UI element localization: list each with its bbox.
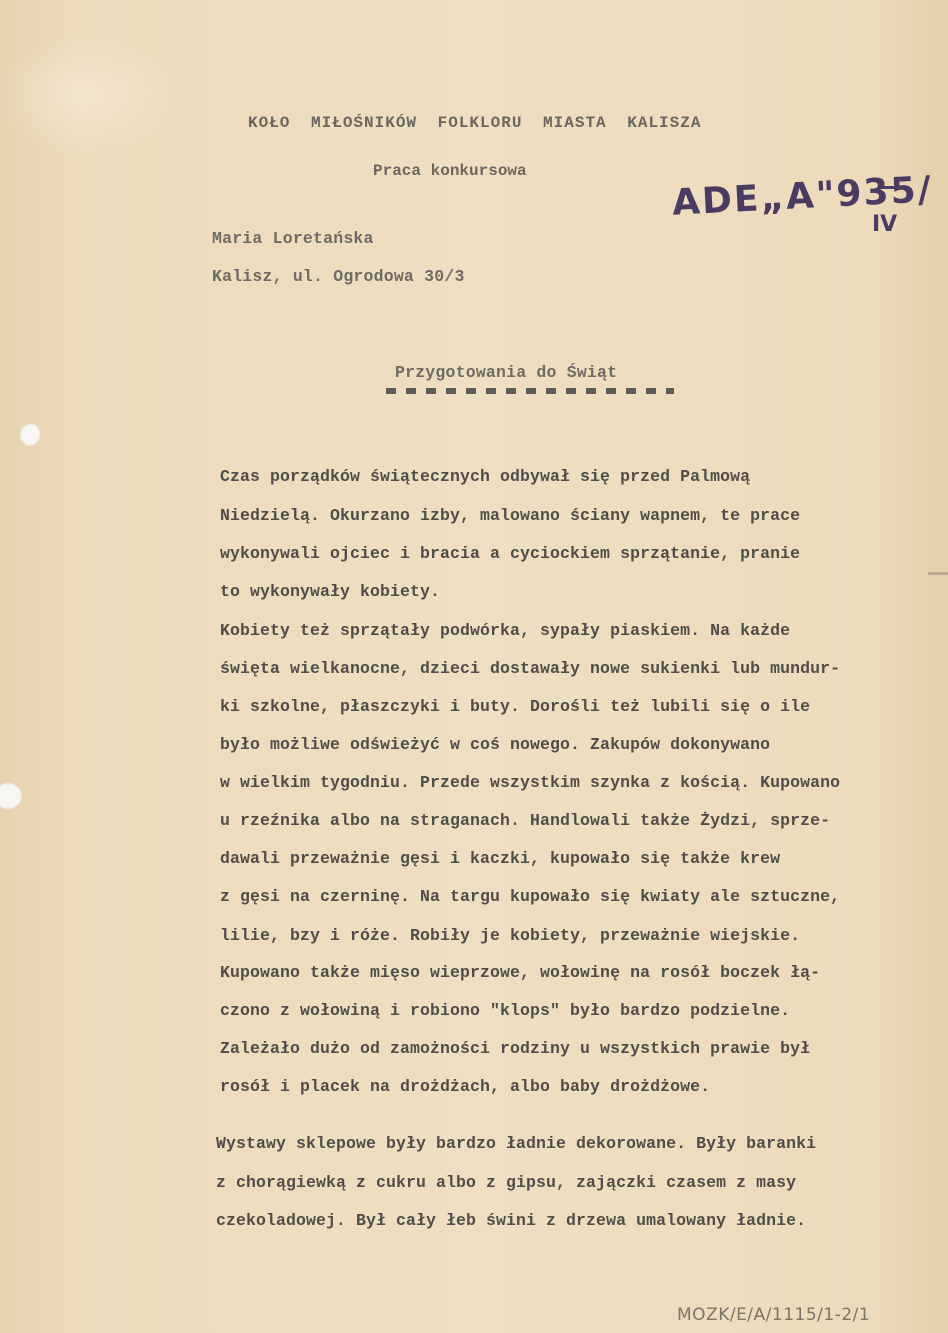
body-line: Niedzielą. Okurzano izby, malowano ścian…	[220, 506, 800, 525]
body-line: lilie, bzy i róże. Robiły je kobiety, pr…	[220, 926, 800, 945]
body-line: w wielkim tygodniu. Przede wszystkim szy…	[220, 773, 840, 792]
body-line: Kobiety też sprzątały podwórka, sypały p…	[220, 621, 790, 640]
body-line: Wystawy sklepowe były bardzo ładnie deko…	[216, 1134, 816, 1153]
handwritten-archive-suffix: IV	[872, 212, 897, 237]
document-page: KOŁO MIŁOŚNIKÓW FOLKLORU MIASTA KALISZA …	[0, 0, 948, 1333]
body-line: Czas porządków świątecznych odbywał się …	[220, 467, 750, 486]
title-underline	[386, 388, 674, 394]
body-line: rosół i placek na drożdżach, albo baby d…	[220, 1077, 710, 1096]
body-line: czono z wołowiną i robiono "klops" było …	[220, 1001, 790, 1020]
catalog-number: MOZK/E/A/1115/1-2/1	[677, 1305, 870, 1325]
body-line: było możliwe odświeżyć w coś nowego. Zak…	[220, 735, 770, 754]
handwritten-overline	[880, 186, 906, 189]
body-line: czekoladowej. Był cały łeb świni z drzew…	[216, 1211, 806, 1230]
body-line: święta wielkanocne, dzieci dostawały now…	[220, 659, 840, 678]
body-line: Kupowano także mięso wieprzowe, wołowinę…	[220, 963, 820, 982]
margin-mark	[928, 572, 948, 575]
body-line: u rzeźnika albo na straganach. Handlowal…	[220, 811, 830, 830]
body-line: dawali przeważnie gęsi i kaczki, kupował…	[220, 849, 780, 868]
author-address: Kalisz, ul. Ogrodowa 30/3	[212, 267, 465, 286]
body-line: ki szkolne, płaszczyki i buty. Dorośli t…	[220, 697, 810, 716]
body-line: z gęsi na czerninę. Na targu kupowało si…	[220, 887, 840, 906]
author-name: Maria Loretańska	[212, 229, 374, 248]
document-subheading: Praca konkursowa	[373, 162, 527, 180]
body-line: wykonywali ojciec i bracia a cyciockiem …	[220, 544, 800, 563]
body-line: to wykonywały kobiety.	[220, 582, 440, 601]
punch-hole-bottom	[0, 783, 22, 809]
punch-hole-top	[20, 424, 40, 446]
document-title: Przygotowania do Świąt	[395, 363, 617, 382]
document-heading: KOŁO MIŁOŚNIKÓW FOLKLORU MIASTA KALISZA	[248, 114, 701, 132]
body-line: Zależało dużo od zamożności rodziny u ws…	[220, 1039, 810, 1058]
body-line: z chorągiewką z cukru albo z gipsu, zają…	[216, 1173, 796, 1192]
